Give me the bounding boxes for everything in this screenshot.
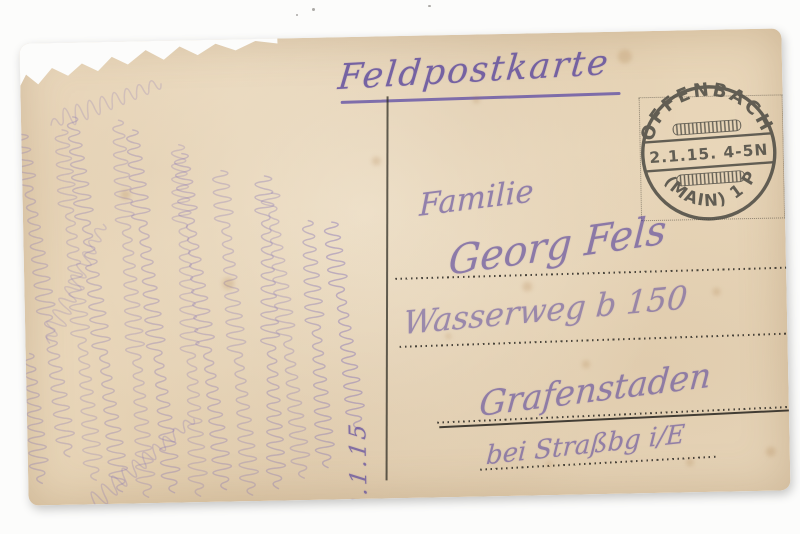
photo-of-postcard: Feldpostkarte OFFENBACH [0, 0, 800, 534]
message-date-vertical: 2.1.15 [345, 420, 373, 506]
torn-corner-edge [19, 37, 278, 98]
postcard-back: Feldpostkarte OFFENBACH [19, 28, 790, 505]
handwriting-squiggle [245, 176, 294, 489]
handwriting-squiggle [25, 353, 49, 483]
handwriting-squiggle [324, 221, 365, 430]
dust-speck [296, 14, 298, 16]
foxing-spot [546, 461, 552, 467]
dust-speck [312, 8, 315, 11]
dust-speck [428, 5, 431, 7]
handwriting-squiggle [261, 192, 310, 479]
postmark-hatched-segment-upper [673, 120, 742, 136]
handwriting-squiggle [303, 221, 335, 468]
handwriting-squiggle [213, 170, 259, 496]
handwriting-squiggle [126, 129, 180, 494]
foxing-spot [445, 333, 451, 339]
